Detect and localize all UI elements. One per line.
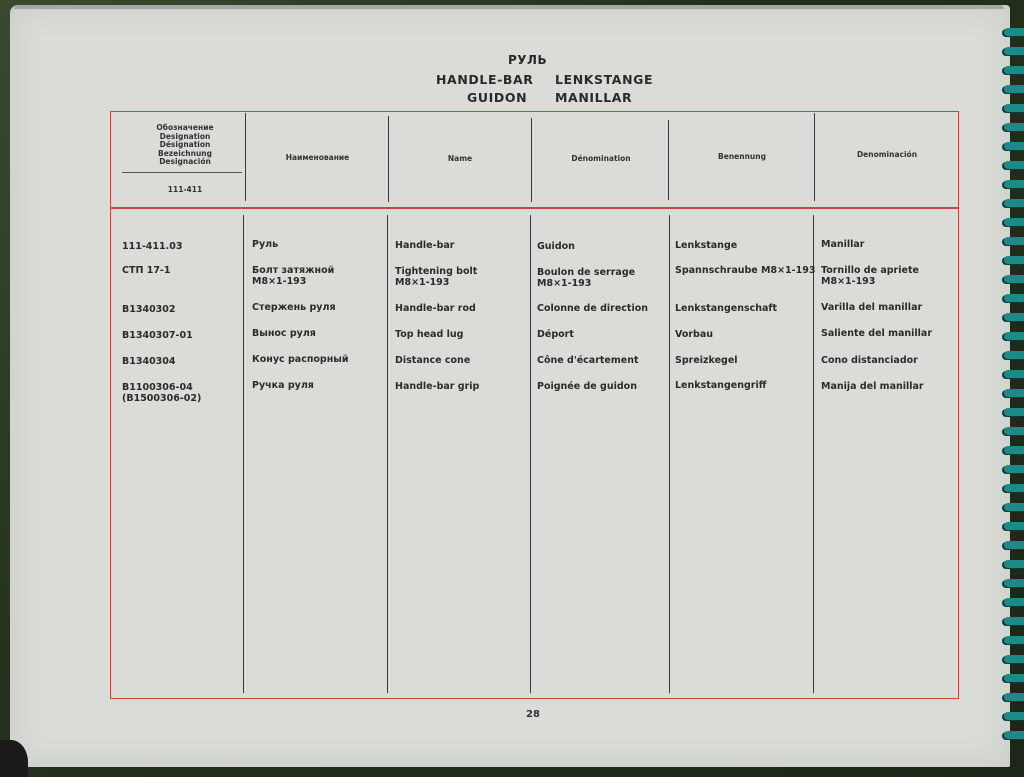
cell-name-de: Lenkstangengriff [675,380,766,391]
spiral-ring [1004,66,1024,74]
column-divider [814,113,815,201]
cell-name-fr: Guidon [537,241,575,252]
column-divider [669,215,670,693]
spiral-ring [1004,142,1024,150]
cell-name-de: Vorbau [675,329,713,340]
header-separator [111,207,958,209]
cell-name-en: Handle-bar rod [395,303,476,314]
cell-name-es: Manillar [821,239,865,250]
cell-name-de: Spannschraube M8×1-193 [675,265,815,276]
header-designation: Обозначение Designation Désignation Beze… [130,124,240,167]
column-divider [668,120,669,200]
page-edge [14,5,1004,9]
spiral-ring [1004,218,1024,226]
spiral-ring [1004,503,1024,511]
cell-designation: СТП 17-1 [122,265,170,276]
cell-line: Болт затяжной [252,265,334,276]
cell-designation: 111-411.03 [122,241,182,252]
cell-name-de: Spreizkegel [675,355,738,366]
title-de: LENKSTANGE [555,72,653,87]
cell-name-es: Manija del manillar [821,381,924,392]
cell-name-en: Handle-bar [395,240,454,251]
cell-designation: B1100306-04 (B1500306-02) [122,382,201,404]
spiral-ring [1004,579,1024,587]
cell-designation: B1340307-01 [122,330,193,341]
title-ru: РУЛЬ [508,53,547,67]
spiral-ring [1004,85,1024,93]
spiral-ring [1004,104,1024,112]
header-designation-es: Designación [130,158,240,167]
spiral-ring [1004,332,1024,340]
spiral-ring [1004,28,1024,36]
cell-line: (B1500306-02) [122,393,201,404]
cell-name-fr: Déport [537,329,574,340]
cell-name-en: Handle-bar grip [395,381,479,392]
spiral-ring [1004,351,1024,359]
cell-name-fr: Cône d'écartement [537,355,639,366]
spiral-ring [1004,693,1024,701]
cell-line: M8×1-193 [537,278,635,289]
column-divider [813,215,814,693]
cell-name-en: Tightening bolt M8×1-193 [395,266,477,288]
spiral-ring [1004,408,1024,416]
cell-line: Boulon de serrage [537,267,635,278]
title-fr: GUIDON [467,90,527,105]
title-en: HANDLE-BAR [436,72,534,87]
cell-name-ru: Конус распорный [252,354,349,365]
header-name-es: Denominación [818,151,956,160]
cell-designation: B1340302 [122,304,176,315]
spiral-ring [1004,237,1024,245]
header-name-fr: Dénomination [535,155,667,164]
cell-name-ru: Стержень руля [252,302,336,313]
column-divider [387,215,388,693]
spiral-ring [1004,199,1024,207]
spiral-ring [1004,522,1024,530]
spiral-ring [1004,47,1024,55]
cell-name-fr: Colonne de direction [537,303,648,314]
spiral-ring [1004,541,1024,549]
spiral-ring [1004,161,1024,169]
cell-name-ru: Болт затяжной М8×1-193 [252,265,334,287]
column-divider [388,116,389,202]
designation-separator [122,172,242,173]
spiral-ring [1004,427,1024,435]
cell-name-de: Lenkstangenschaft [675,303,777,314]
cell-name-ru: Ручка руля [252,380,314,391]
cell-name-fr: Poignée de guidon [537,381,637,392]
cell-line: М8×1-193 [252,276,334,287]
cell-name-en: Top head lug [395,329,463,340]
cell-name-ru: Руль [252,239,278,250]
title-es: MANILLAR [555,90,632,105]
spiral-ring [1004,275,1024,283]
header-name-en: Name [392,155,528,164]
spiral-ring [1004,674,1024,682]
page-number: 28 [526,709,540,720]
spiral-ring [1004,123,1024,131]
cell-line: Tightening bolt [395,266,477,277]
header-name-ru: Наименование [250,154,385,163]
spiral-ring [1004,180,1024,188]
spiral-ring [1004,370,1024,378]
spiral-ring [1004,446,1024,454]
spiral-ring [1004,655,1024,663]
cell-name-de: Lenkstange [675,240,737,251]
cell-name-en: Distance cone [395,355,470,366]
spiral-ring [1004,484,1024,492]
cell-name-fr: Boulon de serrage M8×1-193 [537,267,635,289]
table-frame [110,111,959,699]
cell-name-es: Saliente del manillar [821,328,932,339]
cell-line: Tornillo de apriete [821,265,919,276]
cell-designation: B1340304 [122,356,176,367]
header-name-de: Benennung [672,153,812,162]
spiral-ring [1004,617,1024,625]
cell-name-es: Varilla del manillar [821,302,922,313]
cell-name-es: Tornillo de apriete M8×1-193 [821,265,919,287]
spiral-ring [1004,731,1024,739]
spiral-ring [1004,712,1024,720]
header-designation-group: 111-411 [130,186,240,195]
cell-name-ru: Вынос руля [252,328,316,339]
spiral-ring [1004,636,1024,644]
column-divider [531,118,532,202]
cell-name-es: Cono distanciador [821,355,918,366]
cell-line: B1100306-04 [122,382,201,393]
spiral-ring [1004,256,1024,264]
cell-line: M8×1-193 [395,277,477,288]
column-divider [530,215,531,693]
spiral-ring [1004,560,1024,568]
column-divider [245,113,246,201]
column-divider [243,215,244,693]
spiral-ring [1004,598,1024,606]
spiral-ring [1004,465,1024,473]
cell-line: M8×1-193 [821,276,919,287]
spiral-ring [1004,389,1024,397]
spiral-ring [1004,294,1024,302]
spiral-ring [1004,313,1024,321]
